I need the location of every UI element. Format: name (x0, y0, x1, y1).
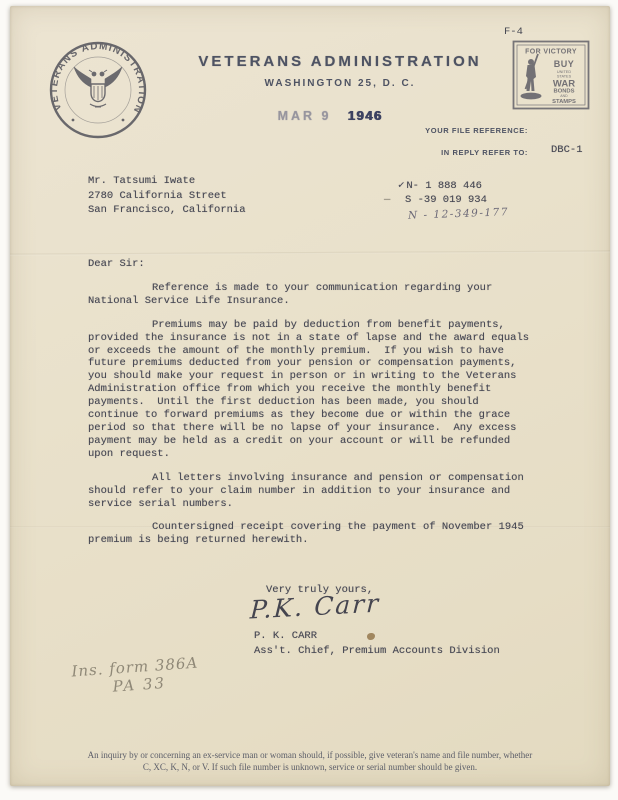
salutation: Dear Sir: (88, 258, 534, 271)
paper-stain-spot (367, 633, 375, 640)
pencil-annotation: Ins. form 386A PA 33 (71, 654, 200, 699)
footer-line2: C, XC, K, N, or V. If such file number i… (30, 762, 590, 774)
agency-name: VETERANS ADMINISTRATION (160, 53, 520, 70)
paper-fold-crease (10, 250, 610, 255)
footer-line1: An inquiry by or concerning an ex-servic… (30, 750, 590, 762)
received-date-stamp: MAR 91946 (160, 107, 500, 125)
seal-ring-text: VETERANS ADMINISTRATION (49, 41, 147, 115)
letter-paper: VETERANS ADMINISTRATION VETERANS ADMINIS… (10, 6, 610, 786)
paragraph-4: Countersigned receipt covering the payme… (88, 521, 534, 547)
letter-body: Dear Sir: Reference is made to your comm… (88, 258, 534, 558)
signer-title: Ass't. Chief, Premium Accounts Division (254, 645, 500, 657)
in-reply-refer-to-label: IN REPLY REFER TO: (441, 148, 528, 157)
paragraph-2: Premiums may be paid by deduction from b… (88, 319, 534, 461)
veterans-administration-seal-icon: VETERANS ADMINISTRATION (46, 38, 150, 142)
recipient-city: San Francisco, California (88, 203, 246, 218)
bond-stamp-buy: BUY (554, 59, 575, 69)
minuteman-figure (521, 54, 542, 99)
signer-name: P. K. CARR (254, 630, 317, 642)
bond-stamp-header: FOR VICTORY (525, 49, 577, 56)
reply-reference-value: DBC-1 (551, 144, 583, 156)
recipient-address: Mr. Tatsumi Iwate 2780 California Street… (88, 174, 246, 218)
handwritten-signature: P.K. Carr (249, 589, 381, 625)
pencil-check-mark: ✓ (397, 179, 405, 194)
svg-text:VETERANS ADMINISTRATION: VETERANS ADMINISTRATION (49, 41, 147, 115)
war-bonds-stamp-icon: FOR VICTORY BUY UNITED STATES WAR BONDS … (512, 40, 590, 110)
your-file-reference-label: YOUR FILE REFERENCE: (425, 126, 528, 135)
handwritten-file-number: N - 12-349-177 (408, 205, 509, 223)
printed-footer-instruction: An inquiry by or concerning an ex-servic… (30, 750, 590, 773)
date-stamp-month-day: MAR 9 (278, 109, 332, 123)
form-number: F-4 (504, 26, 523, 38)
file-number-n: ✓N- 1 888 446 (398, 179, 509, 193)
letterhead: VETERANS ADMINISTRATION WASHINGTON 25, D… (160, 53, 520, 89)
date-stamp-year: 1946 (347, 108, 382, 123)
eagle-shield-emblem (74, 67, 122, 107)
recipient-street: 2780 California Street (88, 189, 246, 204)
paragraph-3: All letters involving insurance and pens… (88, 472, 534, 511)
bond-stamp-stamps: STAMPS (552, 99, 576, 105)
recipient-name: Mr. Tatsumi Iwate (88, 174, 246, 189)
paragraph-1: Reference is made to your communication … (88, 282, 534, 308)
file-numbers: ✓N- 1 888 446 —S -39 019 934 N - 12-349-… (398, 179, 509, 221)
scanned-letter-page: VETERANS ADMINISTRATION VETERANS ADMINIS… (0, 0, 618, 800)
bond-stamp-and: AND (560, 94, 568, 98)
pencil-dash-mark: — (384, 193, 390, 207)
agency-city: WASHINGTON 25, D. C. (160, 78, 520, 89)
bond-stamp-united: UNITED (557, 70, 571, 74)
